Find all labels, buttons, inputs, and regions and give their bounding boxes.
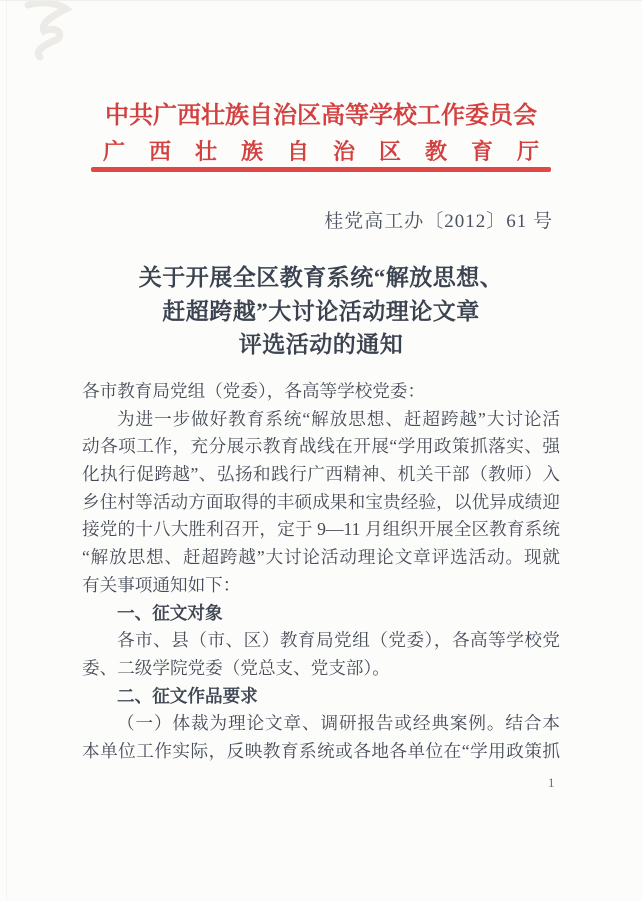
document-body: 各市教育局党组（党委），各高等学校党委：为进一步做好教育系统“解放思想、赶超跨越… [82,378,560,766]
body-line: 本单位工作实际，反映教育系统或各地各单位在“学用政策抓 [82,738,560,766]
body-line: 动各项工作，充分展示教育战线在开展“学用政策抓落实、强 [82,433,560,461]
body-line: 为进一步做好教育系统“解放思想、赶超跨越”大讨论活 [82,406,560,434]
letterhead-red-rule [91,167,551,172]
page-number: 1 [548,775,555,791]
body-line: 接党的十八大胜利召开，定于 9—11 月组织开展全区教育系统 [82,516,560,544]
issuing-org-line1: 中共广西壮族自治区高等学校工作委员会 [103,101,539,131]
title-line: 关于开展全区教育系统“解放思想、 [0,261,642,295]
issuing-org-line2: 广西壮族自治区教育厅 [103,139,539,165]
body-line: 有关事项通知如下： [82,572,560,600]
document-number: 桂党高工办〔2012〕61 号 [0,206,553,233]
body-line: 乡住村等活动方面取得的丰硕成果和宝贵经验，以优异成绩迎 [82,489,560,517]
pencil-scribble-mark [14,1,104,63]
document-title: 关于开展全区教育系统“解放思想、 赶超跨越”大讨论活动理论文章 评选活动的通知 [0,261,642,362]
body-section-heading: 一、征文对象 [82,600,560,628]
body-line: 化执行促跨越”、弘扬和践行广西精神、机关干部（教师）入 [82,461,560,489]
title-line: 评选活动的通知 [0,328,642,362]
body-line: 各市教育局党组（党委），各高等学校党委： [82,378,560,406]
body-line: “解放思想、赶超跨越”大讨论活动理论文章评选活动。现就 [82,544,560,572]
body-line: 各市、县（市、区）教育局党组（党委），各高等学校党 [82,627,560,655]
scanned-document-page: 中共广西壮族自治区高等学校工作委员会 广西壮族自治区教育厅 桂党高工办〔2012… [0,0,642,901]
letterhead: 中共广西壮族自治区高等学校工作委员会 广西壮族自治区教育厅 [103,101,539,165]
body-section-heading: 二、征文作品要求 [82,683,560,711]
title-line: 赶超跨越”大讨论活动理论文章 [0,295,642,329]
body-line: 委、二级学院党委（党总支、党支部）。 [82,655,560,683]
body-line: （一）体裁为理论文章、调研报告或经典案例。结合本市、 [82,710,560,738]
scan-edge-artifact [6,1,7,901]
